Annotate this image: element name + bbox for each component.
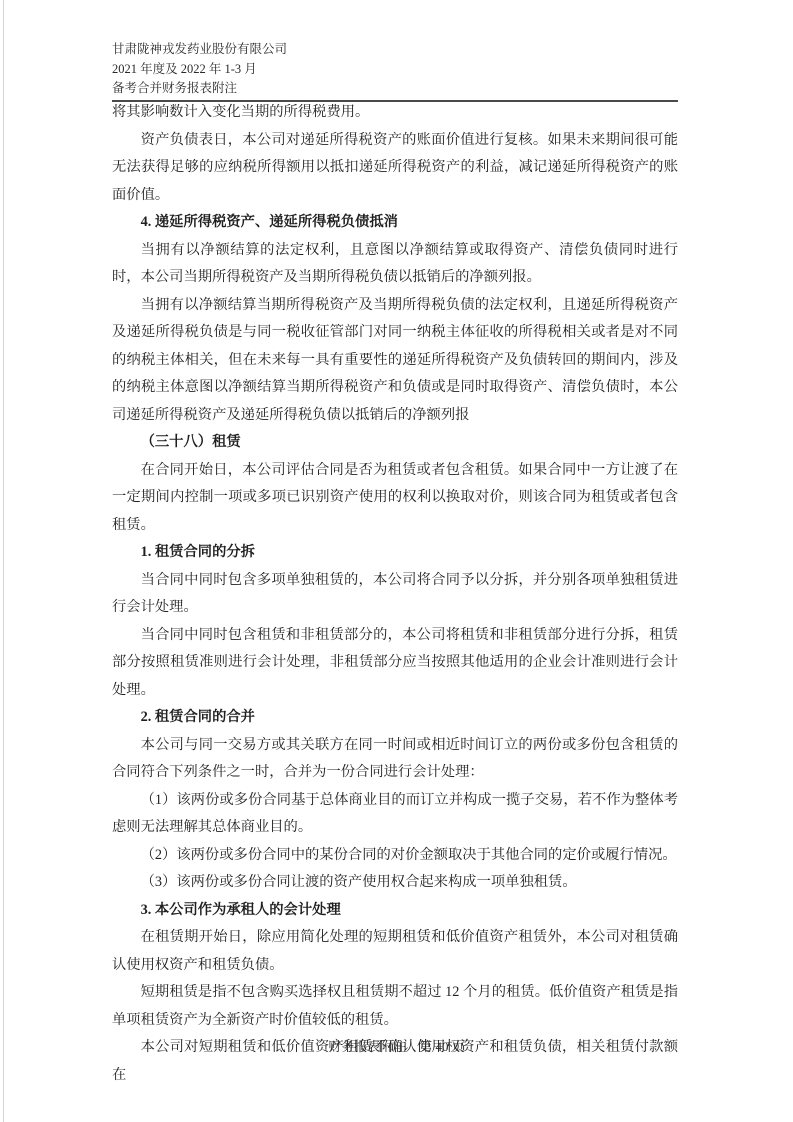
footer-page-label: 财务报表附注 第 40 页 <box>328 1039 465 1054</box>
paragraph: 当合同中同时包含多项单独租赁的，本公司将合同予以分拆，并分别各项单独租赁进行会计… <box>112 567 678 622</box>
page-footer: 财务报表附注 第 40 页 <box>0 1036 793 1055</box>
paragraph: 在租赁期开始日，除应用简化处理的短期租赁和低价值资产租赁外，本公司对租赁确认使用… <box>112 924 678 979</box>
document-page: 甘肃陇神戎发药业股份有限公司 2021 年度及 2022 年 1-3 月 备考合… <box>0 0 793 1122</box>
paragraph: 资产负债表日，本公司对递延所得税资产的账面价值进行复核。如果未来期间很可能无法获… <box>112 127 678 210</box>
header-report-period: 2021 年度及 2022 年 1-3 月 <box>112 60 678 80</box>
document-body: 将其影响数计入变化当期的所得税费用。资产负债表日，本公司对递延所得税资产的账面价… <box>112 99 678 1089</box>
paragraph: （2）该两份或多份合同中的某份合同的对价金额取决于其他合同的定价或履行情况。 <box>112 842 678 870</box>
paragraph: 短期租赁是指不包含购买选择权且租赁期不超过 12 个月的租赁。低价值资产租赁是指… <box>112 979 678 1034</box>
header-doc-title: 备考合并财务报表附注 <box>112 79 678 99</box>
section-heading: 1. 租赁合同的分拆 <box>112 539 678 567</box>
scan-edge-line <box>3 0 4 1122</box>
page-header: 甘肃陇神戎发药业股份有限公司 2021 年度及 2022 年 1-3 月 备考合… <box>112 40 678 102</box>
paragraph: 本公司与同一交易方或其关联方在同一时间或相近时间订立的两份或多份包含租赁的合同符… <box>112 732 678 787</box>
paragraph: 在合同开始日，本公司评估合同是否为租赁或者包含租赁。如果合同中一方让渡了在一定期… <box>112 457 678 540</box>
paragraph: 当拥有以净额结算当期所得税资产及当期所得税负债的法定权利，且递延所得税资产及递延… <box>112 292 678 430</box>
section-heading: 2. 租赁合同的合并 <box>112 704 678 732</box>
paragraph: （1）该两份或多份合同基于总体商业目的而订立并构成一揽子交易，若不作为整体考虑则… <box>112 787 678 842</box>
section-heading: 4. 递延所得税资产、递延所得税负债抵消 <box>112 209 678 237</box>
paragraph: 当拥有以净额结算的法定权利，且意图以净额结算或取得资产、清偿负债同时进行时，本公… <box>112 237 678 292</box>
paragraph: 将其影响数计入变化当期的所得税费用。 <box>112 99 678 127</box>
paragraph: （3）该两份或多份合同让渡的资产使用权合起来构成一项单独租赁。 <box>112 869 678 897</box>
section-heading: （三十八）租赁 <box>112 429 678 457</box>
paragraph: 当合同中同时包含租赁和非租赁部分的，本公司将租赁和非租赁部分进行分拆，租赁部分按… <box>112 622 678 705</box>
header-company-name: 甘肃陇神戎发药业股份有限公司 <box>112 40 678 60</box>
section-heading: 3. 本公司作为承租人的会计处理 <box>112 897 678 925</box>
